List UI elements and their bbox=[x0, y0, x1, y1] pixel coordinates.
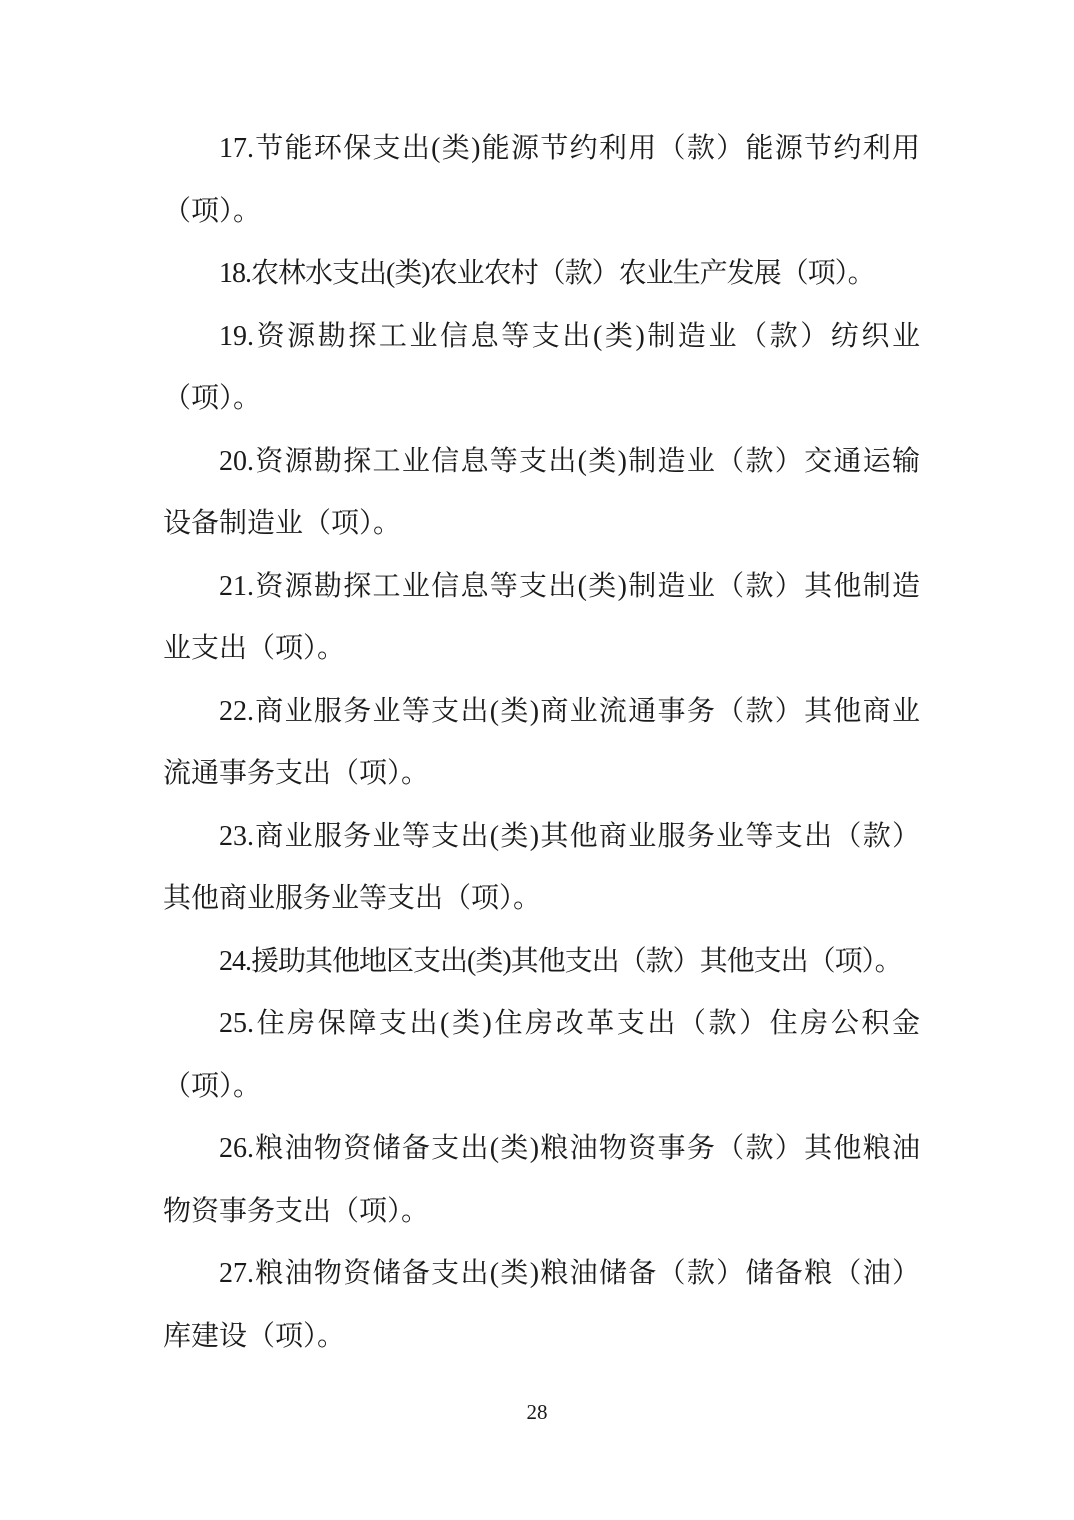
list-item-18: 18.农林水支出(类)农业农村（款）农业生产发展（项）。 bbox=[163, 243, 920, 306]
text-line: 22.商业服务业等支出(类)商业流通事务（款）其他商业 bbox=[163, 681, 920, 744]
list-item-26: 26.粮油物资储备支出(类)粮油物资事务（款）其他粮油 物资事务支出（项）。 bbox=[163, 1118, 920, 1243]
text-line: 19.资源勘探工业信息等支出(类)制造业（款）纺织业 bbox=[163, 306, 920, 369]
text-line: 26.粮油物资储备支出(类)粮油物资事务（款）其他粮油 bbox=[163, 1118, 920, 1181]
page-number: 28 bbox=[0, 1400, 1074, 1425]
text-line: 库建设（项）。 bbox=[163, 1306, 920, 1369]
text-line: （项）。 bbox=[163, 1056, 920, 1119]
list-item-19: 19.资源勘探工业信息等支出(类)制造业（款）纺织业 （项）。 bbox=[163, 306, 920, 431]
text-line: 18.农林水支出(类)农业农村（款）农业生产发展（项）。 bbox=[163, 243, 920, 306]
text-line: 21.资源勘探工业信息等支出(类)制造业（款）其他制造 bbox=[163, 556, 920, 619]
text-line: （项）。 bbox=[163, 181, 920, 244]
list-item-24: 24.援助其他地区支出(类)其他支出（款）其他支出（项）。 bbox=[163, 931, 920, 994]
list-item-17: 17.节能环保支出(类)能源节约利用（款）能源节约利用 （项）。 bbox=[163, 118, 920, 243]
text-line: 27.粮油物资储备支出(类)粮油储备（款）储备粮（油） bbox=[163, 1243, 920, 1306]
list-item-21: 21.资源勘探工业信息等支出(类)制造业（款）其他制造 业支出（项）。 bbox=[163, 556, 920, 681]
list-item-27: 27.粮油物资储备支出(类)粮油储备（款）储备粮（油） 库建设（项）。 bbox=[163, 1243, 920, 1368]
list-item-20: 20.资源勘探工业信息等支出(类)制造业（款）交通运输 设备制造业（项）。 bbox=[163, 431, 920, 556]
document-body: 17.节能环保支出(类)能源节约利用（款）能源节约利用 （项）。 18.农林水支… bbox=[163, 118, 920, 1368]
list-item-25: 25.住房保障支出(类)住房改革支出（款）住房公积金 （项）。 bbox=[163, 993, 920, 1118]
text-line: 20.资源勘探工业信息等支出(类)制造业（款）交通运输 bbox=[163, 431, 920, 494]
text-line: 25.住房保障支出(类)住房改革支出（款）住房公积金 bbox=[163, 993, 920, 1056]
text-line: （项）。 bbox=[163, 368, 920, 431]
document-page: 17.节能环保支出(类)能源节约利用（款）能源节约利用 （项）。 18.农林水支… bbox=[0, 0, 1074, 1520]
text-line: 物资事务支出（项）。 bbox=[163, 1181, 920, 1244]
text-line: 23.商业服务业等支出(类)其他商业服务业等支出（款） bbox=[163, 806, 920, 869]
text-line: 24.援助其他地区支出(类)其他支出（款）其他支出（项）。 bbox=[163, 931, 920, 994]
text-line: 其他商业服务业等支出（项）。 bbox=[163, 868, 920, 931]
text-line: 17.节能环保支出(类)能源节约利用（款）能源节约利用 bbox=[163, 118, 920, 181]
list-item-22: 22.商业服务业等支出(类)商业流通事务（款）其他商业 流通事务支出（项）。 bbox=[163, 681, 920, 806]
text-line: 设备制造业（项）。 bbox=[163, 493, 920, 556]
list-item-23: 23.商业服务业等支出(类)其他商业服务业等支出（款） 其他商业服务业等支出（项… bbox=[163, 806, 920, 931]
text-line: 流通事务支出（项）。 bbox=[163, 743, 920, 806]
text-line: 业支出（项）。 bbox=[163, 618, 920, 681]
